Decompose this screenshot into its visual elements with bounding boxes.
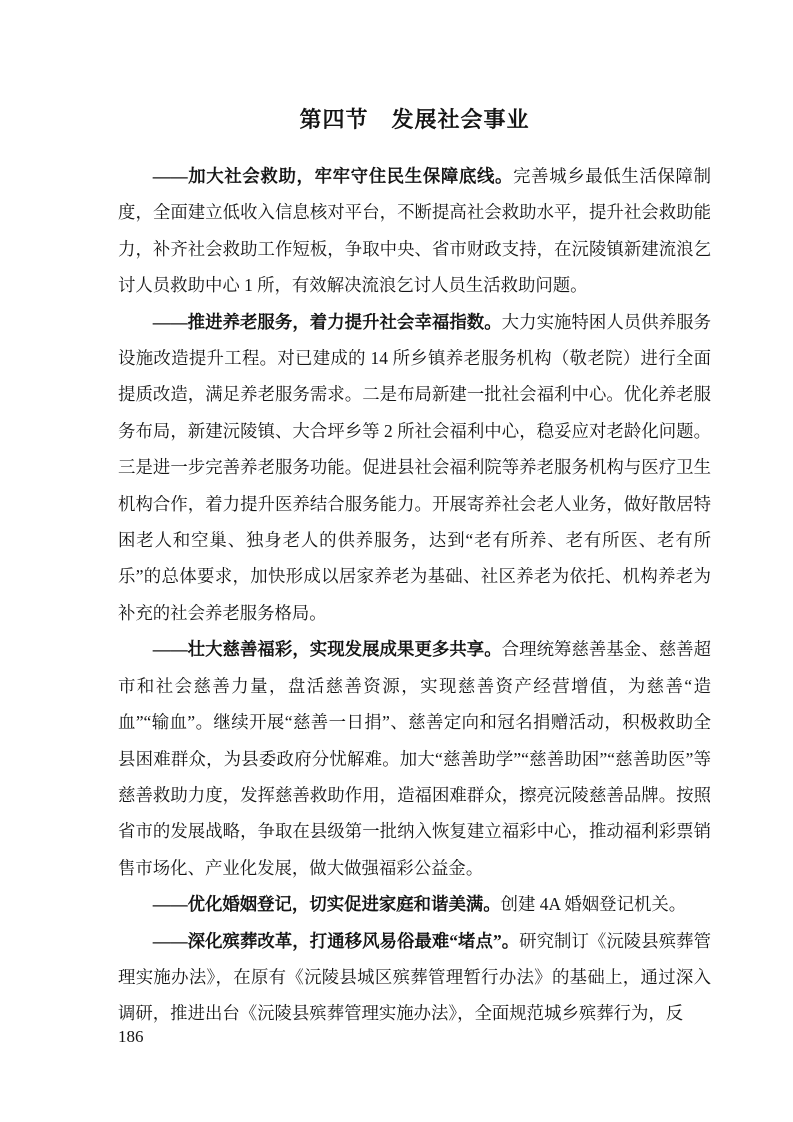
- page-number: 186: [118, 1022, 144, 1052]
- section-title: 第四节 发展社会事业: [118, 106, 711, 134]
- paragraph-lead: ——壮大慈善福彩，实现发展成果更多共享。: [153, 639, 502, 659]
- paragraph-body: 合理统筹慈善基金、慈善超市和社会慈善力量，盘活慈善资源，实现慈善资产经营增值，为…: [118, 639, 711, 877]
- paragraph-marriage-registration: ——优化婚姻登记，切实促进家庭和谐美满。创建 4A 婚姻登记机关。: [118, 886, 711, 922]
- paragraph-elderly-care: ——推进养老服务，着力提升社会幸福指数。大力实施特困人员供养服务设施改造提升工程…: [118, 304, 711, 632]
- paragraph-lead: ——加大社会救助，牢牢守住民生保障底线。: [153, 166, 513, 186]
- paragraph-lead: ——优化婚姻登记，切实促进家庭和谐美满。: [153, 894, 501, 914]
- paragraph-lead: ——推进养老服务，着力提升社会幸福指数。: [153, 312, 502, 332]
- paragraph-funeral-reform: ——深化殡葬改革，打通移风易俗最难“堵点”。研究制订《沅陵县殡葬管理实施办法》，…: [118, 923, 711, 1032]
- paragraph-body: 创建 4A 婚姻登记机关。: [501, 894, 687, 914]
- document-content: 第四节 发展社会事业 ——加大社会救助，牢牢守住民生保障底线。完善城乡最低生活保…: [118, 106, 711, 1032]
- paragraph-charity-lottery: ——壮大慈善福彩，实现发展成果更多共享。合理统筹慈善基金、慈善超市和社会慈善力量…: [118, 631, 711, 886]
- paragraph-lead: ——深化殡葬改革，打通移风易俗最难“堵点”。: [153, 931, 519, 951]
- paragraph-body: 大力实施特困人员供养服务设施改造提升工程。对已建成的 14 所乡镇养老服务机构（…: [118, 312, 711, 623]
- paragraph-social-assistance: ——加大社会救助，牢牢守住民生保障底线。完善城乡最低生活保障制度，全面建立低收入…: [118, 158, 711, 304]
- document-page: 第四节 发展社会事业 ——加大社会救助，牢牢守住民生保障底线。完善城乡最低生活保…: [0, 0, 793, 1122]
